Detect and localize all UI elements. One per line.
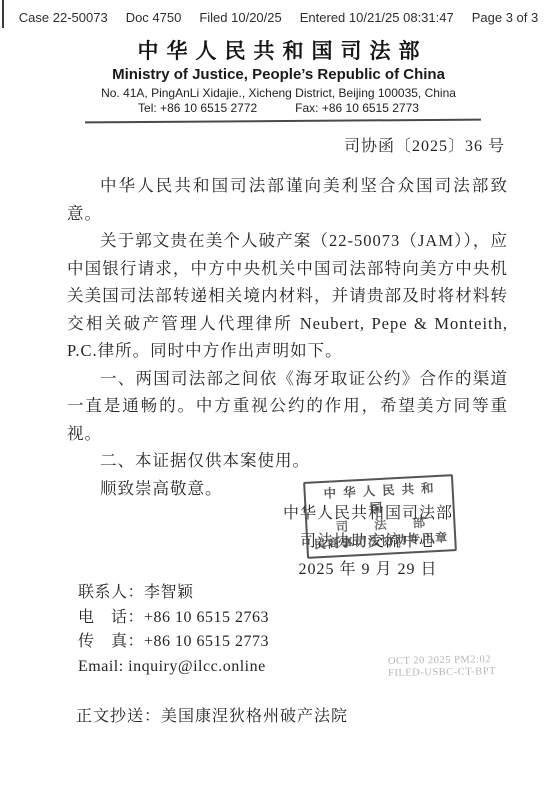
letterhead-divider-rule (85, 119, 481, 124)
fax-number: Fax: +86 10 6515 2773 (295, 101, 419, 115)
contact-phone: 电 话：+86 10 6515 2763 (78, 606, 269, 631)
ministry-title-en: Ministry of Justice, People’s Republic o… (0, 66, 557, 83)
page-indicator: Page 3 of 3 (472, 10, 539, 25)
case-header: Case 22-50073Doc 4750Filed 10/20/25Enter… (0, 10, 557, 25)
contact-block: 联系人：李智颖 电 话：+86 10 6515 2763 传 真：+86 10 … (78, 581, 269, 679)
signature-date: 2025 年 9 月 29 日 (258, 556, 478, 584)
contact-fax: 传 真：+86 10 6515 2773 (78, 630, 269, 655)
tel-fax-line: Tel: +86 10 6515 2772Fax: +86 10 6515 27… (0, 101, 557, 115)
ministry-seal-stamp: 中华人民共和国 司法部 民商事司法协助专用章 (303, 474, 457, 559)
body-paragraph: 二、本证据仅供本案使用。 (67, 447, 508, 475)
filed-stamp-label: FILED-USBC-CT-BPT (388, 666, 498, 680)
contact-email: Email: inquiry@ilcc.online (78, 655, 269, 680)
reference-number: 司协函〔2025〕36 号 (344, 133, 505, 156)
letter-body: 中华人民共和国司法部谨向美利坚合众国司法部致意。 关于郭文贵在美个人破产案（22… (67, 172, 508, 502)
tel-number: Tel: +86 10 6515 2772 (138, 101, 257, 115)
filed-date: Filed 10/20/25 (199, 10, 281, 25)
body-paragraph: 一、两国司法部之间依《海牙取证公约》合作的渠道一直是通畅的。中方重视公约的作用，… (67, 365, 508, 448)
contact-person: 联系人：李智颖 (78, 581, 269, 606)
scanned-letter-page: Case 22-50073Doc 4750Filed 10/20/25Enter… (0, 0, 557, 800)
body-paragraph: 中华人民共和国司法部谨向美利坚合众国司法部致意。 (67, 172, 508, 227)
ministry-address: No. 41A, PingAnLi Xidajie., Xicheng Dist… (0, 86, 557, 100)
cc-line: 正文抄送：美国康涅狄格州破产法院 (76, 703, 348, 726)
body-paragraph: 关于郭文贵在美个人破产案（22-50073（JAM）），应中国银行请求，中方中央… (67, 227, 508, 365)
court-filed-stamp: OCT 20 2025 PM2:02 FILED-USBC-CT-BPT (388, 654, 498, 680)
ministry-title-cn: 中华人民共和国司法部 (0, 40, 557, 64)
letterhead: 中华人民共和国司法部 Ministry of Justice, People’s… (0, 40, 557, 115)
entered-timestamp: Entered 10/21/25 08:31:47 (300, 10, 454, 25)
case-number: Case 22-50073 (19, 10, 108, 25)
doc-number: Doc 4750 (126, 10, 182, 25)
